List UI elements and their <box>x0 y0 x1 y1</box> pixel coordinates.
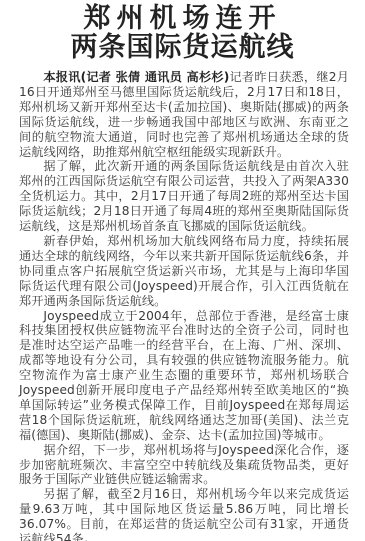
paragraph: 据介绍，下一步，郑州机场将与Joyspeed深化合作，逐步加密航班频次、丰富空空… <box>19 443 349 488</box>
paragraph: Joyspeed成立于2004年，总部位于香港，是经富士康科技集团授权供应链物流… <box>19 309 349 443</box>
headline-line-2: 两条国际货运航线 <box>0 33 365 62</box>
paragraph: 另据了解，截至2月16日，郑州机场今年以来完成货运量9.63万吨，其中国际地区货… <box>19 487 349 541</box>
headline-line-1: 郑州机场连开 <box>0 4 365 33</box>
paragraph: 新春伊始，郑州机场加大航线网络布局力度，持续拓展通达全球的航线网络，今年以来共新… <box>19 234 349 309</box>
paragraph: 据了解，此次新开通的两条国际货运航线是由首次入驻郑州的江西国际货运航空有限公司运… <box>19 159 349 234</box>
byline: 本报讯(记者 张倩 通讯员 高杉杉) <box>43 70 229 84</box>
article-body: 本报讯(记者 张倩 通讯员 高杉杉)记者昨日获悉，继2月16日开通郑州至马德里国… <box>19 70 349 541</box>
article-headline: 郑州机场连开 两条国际货运航线 <box>0 4 365 62</box>
paragraph-lead: 本报讯(记者 张倩 通讯员 高杉杉)记者昨日获悉，继2月16日开通郑州至马德里国… <box>19 70 349 159</box>
